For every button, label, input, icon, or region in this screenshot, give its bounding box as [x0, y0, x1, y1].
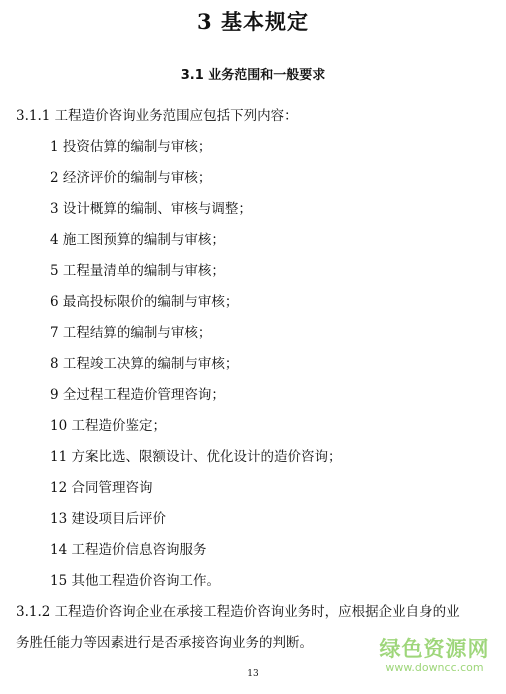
list-item: 15 其他工程造价咨询工作。: [50, 572, 220, 590]
list-item: 9 全过程工程造价管理咨询；: [50, 386, 225, 404]
list-item: 1 投资估算的编制与审核；: [50, 138, 211, 156]
watermark: 绿色资源网 www.downcc.com: [372, 637, 497, 674]
list-item: 4 施工图预算的编制与审核；: [50, 231, 225, 249]
list-item: 3 设计概算的编制、审核与调整；: [50, 200, 252, 218]
list-item: 8 工程竣工决算的编制与审核；: [50, 355, 238, 373]
list-item: 14 工程造价信息咨询服务: [50, 541, 206, 559]
list-item: 6 最高投标限价的编制与审核；: [50, 293, 238, 311]
section-title: 3.1 业务范围和一般要求: [0, 64, 506, 83]
list-item: 7 工程结算的编制与审核；: [50, 324, 211, 342]
list-item: 5 工程量清单的编制与审核；: [50, 262, 225, 280]
list-item: 2 经济评价的编制与审核；: [50, 169, 211, 187]
list-item: 12 合同管理咨询: [50, 479, 152, 497]
document-page: 3 基本规定 3.1 业务范围和一般要求 3.1.1 工程造价咨询业务范围应包括…: [0, 0, 506, 694]
watermark-name: 绿色资源网: [372, 637, 497, 661]
list-item: 10 工程造价鉴定；: [50, 417, 166, 435]
list-item: 11 方案比选、限额设计、优化设计的造价咨询；: [50, 448, 341, 466]
clause-3-1-2-line2: 务胜任能力等因素进行是否承接咨询业务的判断。: [16, 634, 313, 652]
clause-3-1-1: 3.1.1 工程造价咨询业务范围应包括下列内容：: [16, 107, 298, 125]
chapter-title: 3 基本规定: [0, 6, 506, 36]
list-item: 13 建设项目后评价: [50, 510, 166, 528]
watermark-url: www.downcc.com: [372, 661, 497, 674]
clause-3-1-2-line1: 3.1.2 工程造价咨询企业在承接工程造价咨询业务时，应根据企业自身的业: [16, 603, 460, 621]
